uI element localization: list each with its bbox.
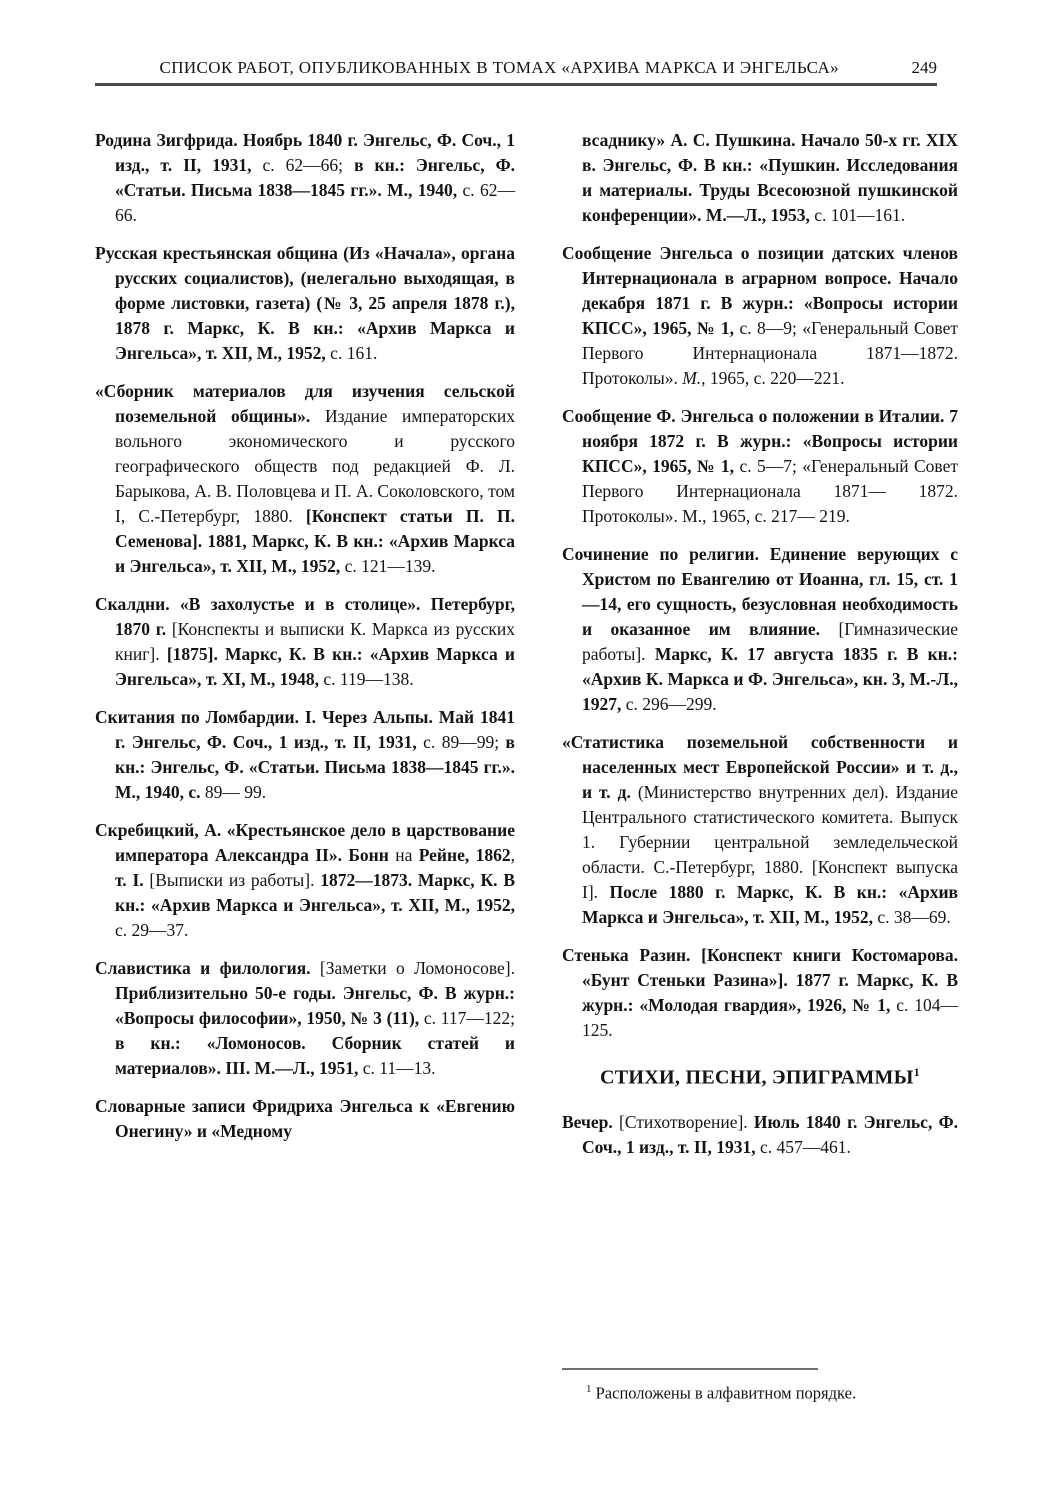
entry-segment: 1965, с. 220—221. <box>710 368 845 388</box>
footnote-body: Расположены в алфавитном порядке. <box>592 1384 857 1403</box>
entry-segment: с. 89—99; <box>423 732 505 752</box>
document-page: СПИСОК РАБОТ, ОПУБЛИКОВАННЫХ В ТОМАХ «АР… <box>0 0 1059 1500</box>
page-header: СПИСОК РАБОТ, ОПУБЛИКОВАННЫХ В ТОМАХ «АР… <box>95 58 937 86</box>
bibliography-entry: Скитания по Ломбардии. I. Через Альпы. М… <box>95 705 515 805</box>
bibliography-entry: «Сборник материалов для изучения сельско… <box>95 379 515 579</box>
entry-segment: [Стихотворение]. <box>619 1112 754 1132</box>
entry-segment: т. I. <box>115 870 149 890</box>
right-column: всаднику» А. С. Пушкина. Начало 50-х гг.… <box>562 128 958 1173</box>
entry-segment: , <box>511 845 515 865</box>
entry-segment: Славистика и филология. <box>95 958 320 978</box>
entry-segment: [1875]. Маркс, К. В кн.: «Архив Маркса и… <box>115 644 515 689</box>
entry-segment: Словарные записи Фридриха Энгельса к «Ев… <box>95 1096 515 1141</box>
bibliography-entry: Стенька Разин. [Конспект книги Костомаро… <box>562 943 958 1043</box>
heading-footnote-ref: 1 <box>914 1065 920 1079</box>
bibliography-entry: Славистика и филология. [Заметки о Ломон… <box>95 956 515 1081</box>
entry-segment: Вечер. <box>562 1112 619 1132</box>
bibliography-entry: Сообщение Ф. Энгельса о положении в Итал… <box>562 404 958 529</box>
entry-segment: в кн.: «Ломоносов. Сборник статей и мате… <box>115 1033 515 1078</box>
entry-segment: с. 161. <box>330 343 377 363</box>
entry-segment: 89— 99. <box>205 782 266 802</box>
entry-segment: с. 101—161. <box>814 205 905 225</box>
entry-segment: с. 62—66; <box>263 155 355 175</box>
bibliography-entry: Словарные записи Фридриха Энгельса к «Ев… <box>95 1094 515 1144</box>
entry-segment: [Выписки из работы]. <box>149 870 320 890</box>
entry-segment: Русская крестьянская община (Из «Начала»… <box>95 243 515 363</box>
entry-segment: с. 121—139. <box>345 556 436 576</box>
bibliography-entry: Сочинение по религии. Единение верующих … <box>562 542 958 717</box>
entry-segment: с. 457—461. <box>760 1137 851 1157</box>
entry-segment: Рейне, 1862 <box>419 845 511 865</box>
entry-segment: с. 296—299. <box>626 694 717 714</box>
bibliography-entry: Сообщение Энгельса о позиции датских чле… <box>562 241 958 391</box>
page-number: 249 <box>904 58 938 78</box>
section-heading: СТИХИ, ПЕСНИ, ЭПИГРАММЫ1 <box>562 1065 958 1090</box>
bibliography-entry: Русская крестьянская община (Из «Начала»… <box>95 241 515 366</box>
entry-segment: [Заметки о Ломоносове]. <box>320 958 515 978</box>
bibliography-entry: Родина Зигфрида. Ноябрь 1840 г. Энгельс,… <box>95 128 515 228</box>
entry-segment: с. 117—122; <box>424 1008 515 1028</box>
bibliography-entry: Вечер. [Стихотворение]. Июль 1840 г. Энг… <box>562 1110 958 1160</box>
footnote: 1 Расположены в алфавитном порядке. <box>562 1368 958 1405</box>
footnote-text: 1 Расположены в алфавитном порядке. <box>562 1378 958 1405</box>
entry-segment: М., <box>682 368 710 388</box>
entry-segment: с. 29—37. <box>115 920 188 940</box>
footnote-divider <box>562 1368 818 1370</box>
bibliography-entry: «Статистика поземельной собственности и … <box>562 730 958 930</box>
entry-segment: на <box>395 845 419 865</box>
running-title: СПИСОК РАБОТ, ОПУБЛИКОВАННЫХ В ТОМАХ «АР… <box>95 58 904 78</box>
left-column: Родина Зигфрида. Ноябрь 1840 г. Энгельс,… <box>95 128 515 1157</box>
bibliography-entry: всаднику» А. С. Пушкина. Начало 50-х гг.… <box>562 128 958 228</box>
entry-segment: с. 119—138. <box>323 669 413 689</box>
entry-segment: с. 38—69. <box>877 907 950 927</box>
entry-segment: с. 11—13. <box>363 1058 436 1078</box>
bibliography-entry: Скалдни. «В захолустье и в столице». Пет… <box>95 592 515 692</box>
bibliography-entry: Скребицкий, А. «Крестьянское дело в царс… <box>95 818 515 943</box>
